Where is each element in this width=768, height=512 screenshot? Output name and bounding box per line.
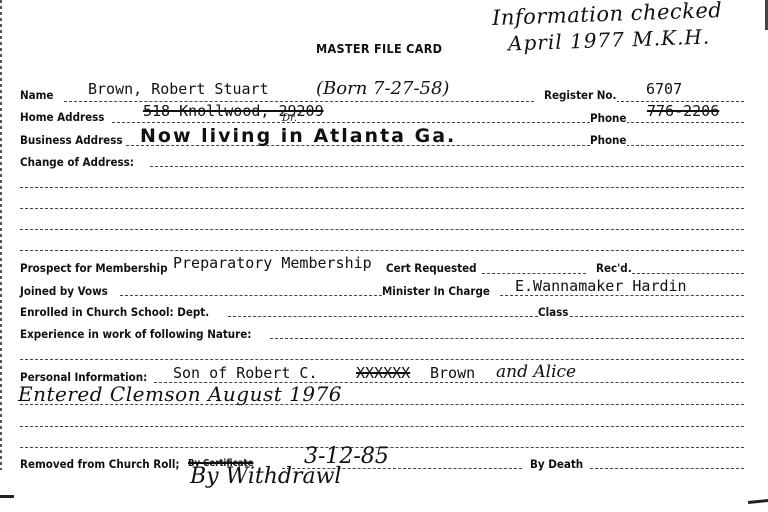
cert-requested-line bbox=[482, 273, 586, 274]
joined-by-vows-label: Joined by Vows bbox=[20, 284, 109, 298]
blank-line bbox=[20, 229, 744, 230]
joined-by-vows-line bbox=[120, 295, 382, 296]
recd-label: Rec'd. bbox=[596, 261, 633, 275]
blank-line bbox=[20, 426, 744, 427]
card-edge-mark bbox=[0, 495, 14, 498]
register-no-value: 6707 bbox=[646, 80, 682, 98]
personal-info-surname: Brown bbox=[430, 364, 475, 382]
minister-label: Minister In Charge bbox=[382, 284, 491, 298]
blank-line bbox=[20, 187, 744, 188]
church-school-label: Enrolled in Church School: Dept. bbox=[20, 305, 210, 319]
cert-requested-label: Cert Requested bbox=[386, 261, 478, 275]
removed-label: Removed from Church Roll; bbox=[20, 457, 181, 471]
business-phone-label: Phone bbox=[590, 133, 627, 147]
blank-line bbox=[20, 208, 744, 209]
business-phone-line bbox=[626, 145, 744, 146]
change-of-address-line bbox=[150, 166, 744, 167]
name-birthdate-note: (Born 7-27-58) bbox=[316, 78, 449, 99]
card-edge bbox=[0, 0, 2, 470]
card-edge-mark bbox=[748, 499, 768, 504]
prospect-label: Prospect for Membership bbox=[20, 261, 168, 275]
home-phone-line bbox=[626, 122, 744, 123]
name-label: Name bbox=[20, 88, 54, 102]
home-address-line bbox=[112, 122, 590, 123]
by-death-label: By Death bbox=[530, 457, 584, 471]
experience-label: Experience in work of following Nature: bbox=[20, 327, 252, 341]
blank-line bbox=[20, 359, 744, 360]
card-title: MASTER FILE CARD bbox=[316, 41, 442, 56]
home-phone-value: 776-2206 bbox=[647, 102, 719, 120]
by-death-line bbox=[590, 468, 744, 469]
change-of-address-label: Change of Address: bbox=[20, 155, 135, 169]
minister-line bbox=[500, 295, 744, 296]
personal-info-mother: and Alice bbox=[496, 362, 576, 382]
business-address-value: Now living in Atlanta Ga. bbox=[140, 125, 456, 147]
personal-info-line2: Entered Clemson August 1976 bbox=[18, 382, 342, 406]
personal-info-struck: XXXXXX bbox=[356, 364, 410, 382]
blank-line bbox=[20, 250, 744, 251]
church-school-line bbox=[228, 316, 538, 317]
experience-line bbox=[270, 338, 744, 339]
register-no-label: Register No. bbox=[544, 88, 617, 102]
class-label: Class bbox=[538, 305, 569, 319]
master-file-card: MASTER FILE CARD Information checked Apr… bbox=[0, 0, 768, 512]
name-value: Brown, Robert Stuart bbox=[88, 80, 269, 98]
minister-value: E.Wannamaker Hardin bbox=[515, 277, 687, 295]
home-address-insert: Dr. bbox=[282, 113, 297, 124]
class-line bbox=[570, 316, 744, 317]
business-address-label: Business Address bbox=[20, 133, 124, 147]
home-address-label: Home Address bbox=[20, 110, 105, 124]
annotation-date-initials: April 1977 M.K.H. bbox=[508, 24, 711, 55]
recd-line bbox=[632, 273, 744, 274]
personal-info-typed: Son of Robert C. bbox=[173, 364, 318, 382]
removed-reason: By Withdrawl bbox=[190, 464, 341, 489]
prospect-value: Preparatory Membership bbox=[173, 254, 372, 272]
home-phone-label: Phone bbox=[590, 111, 627, 125]
